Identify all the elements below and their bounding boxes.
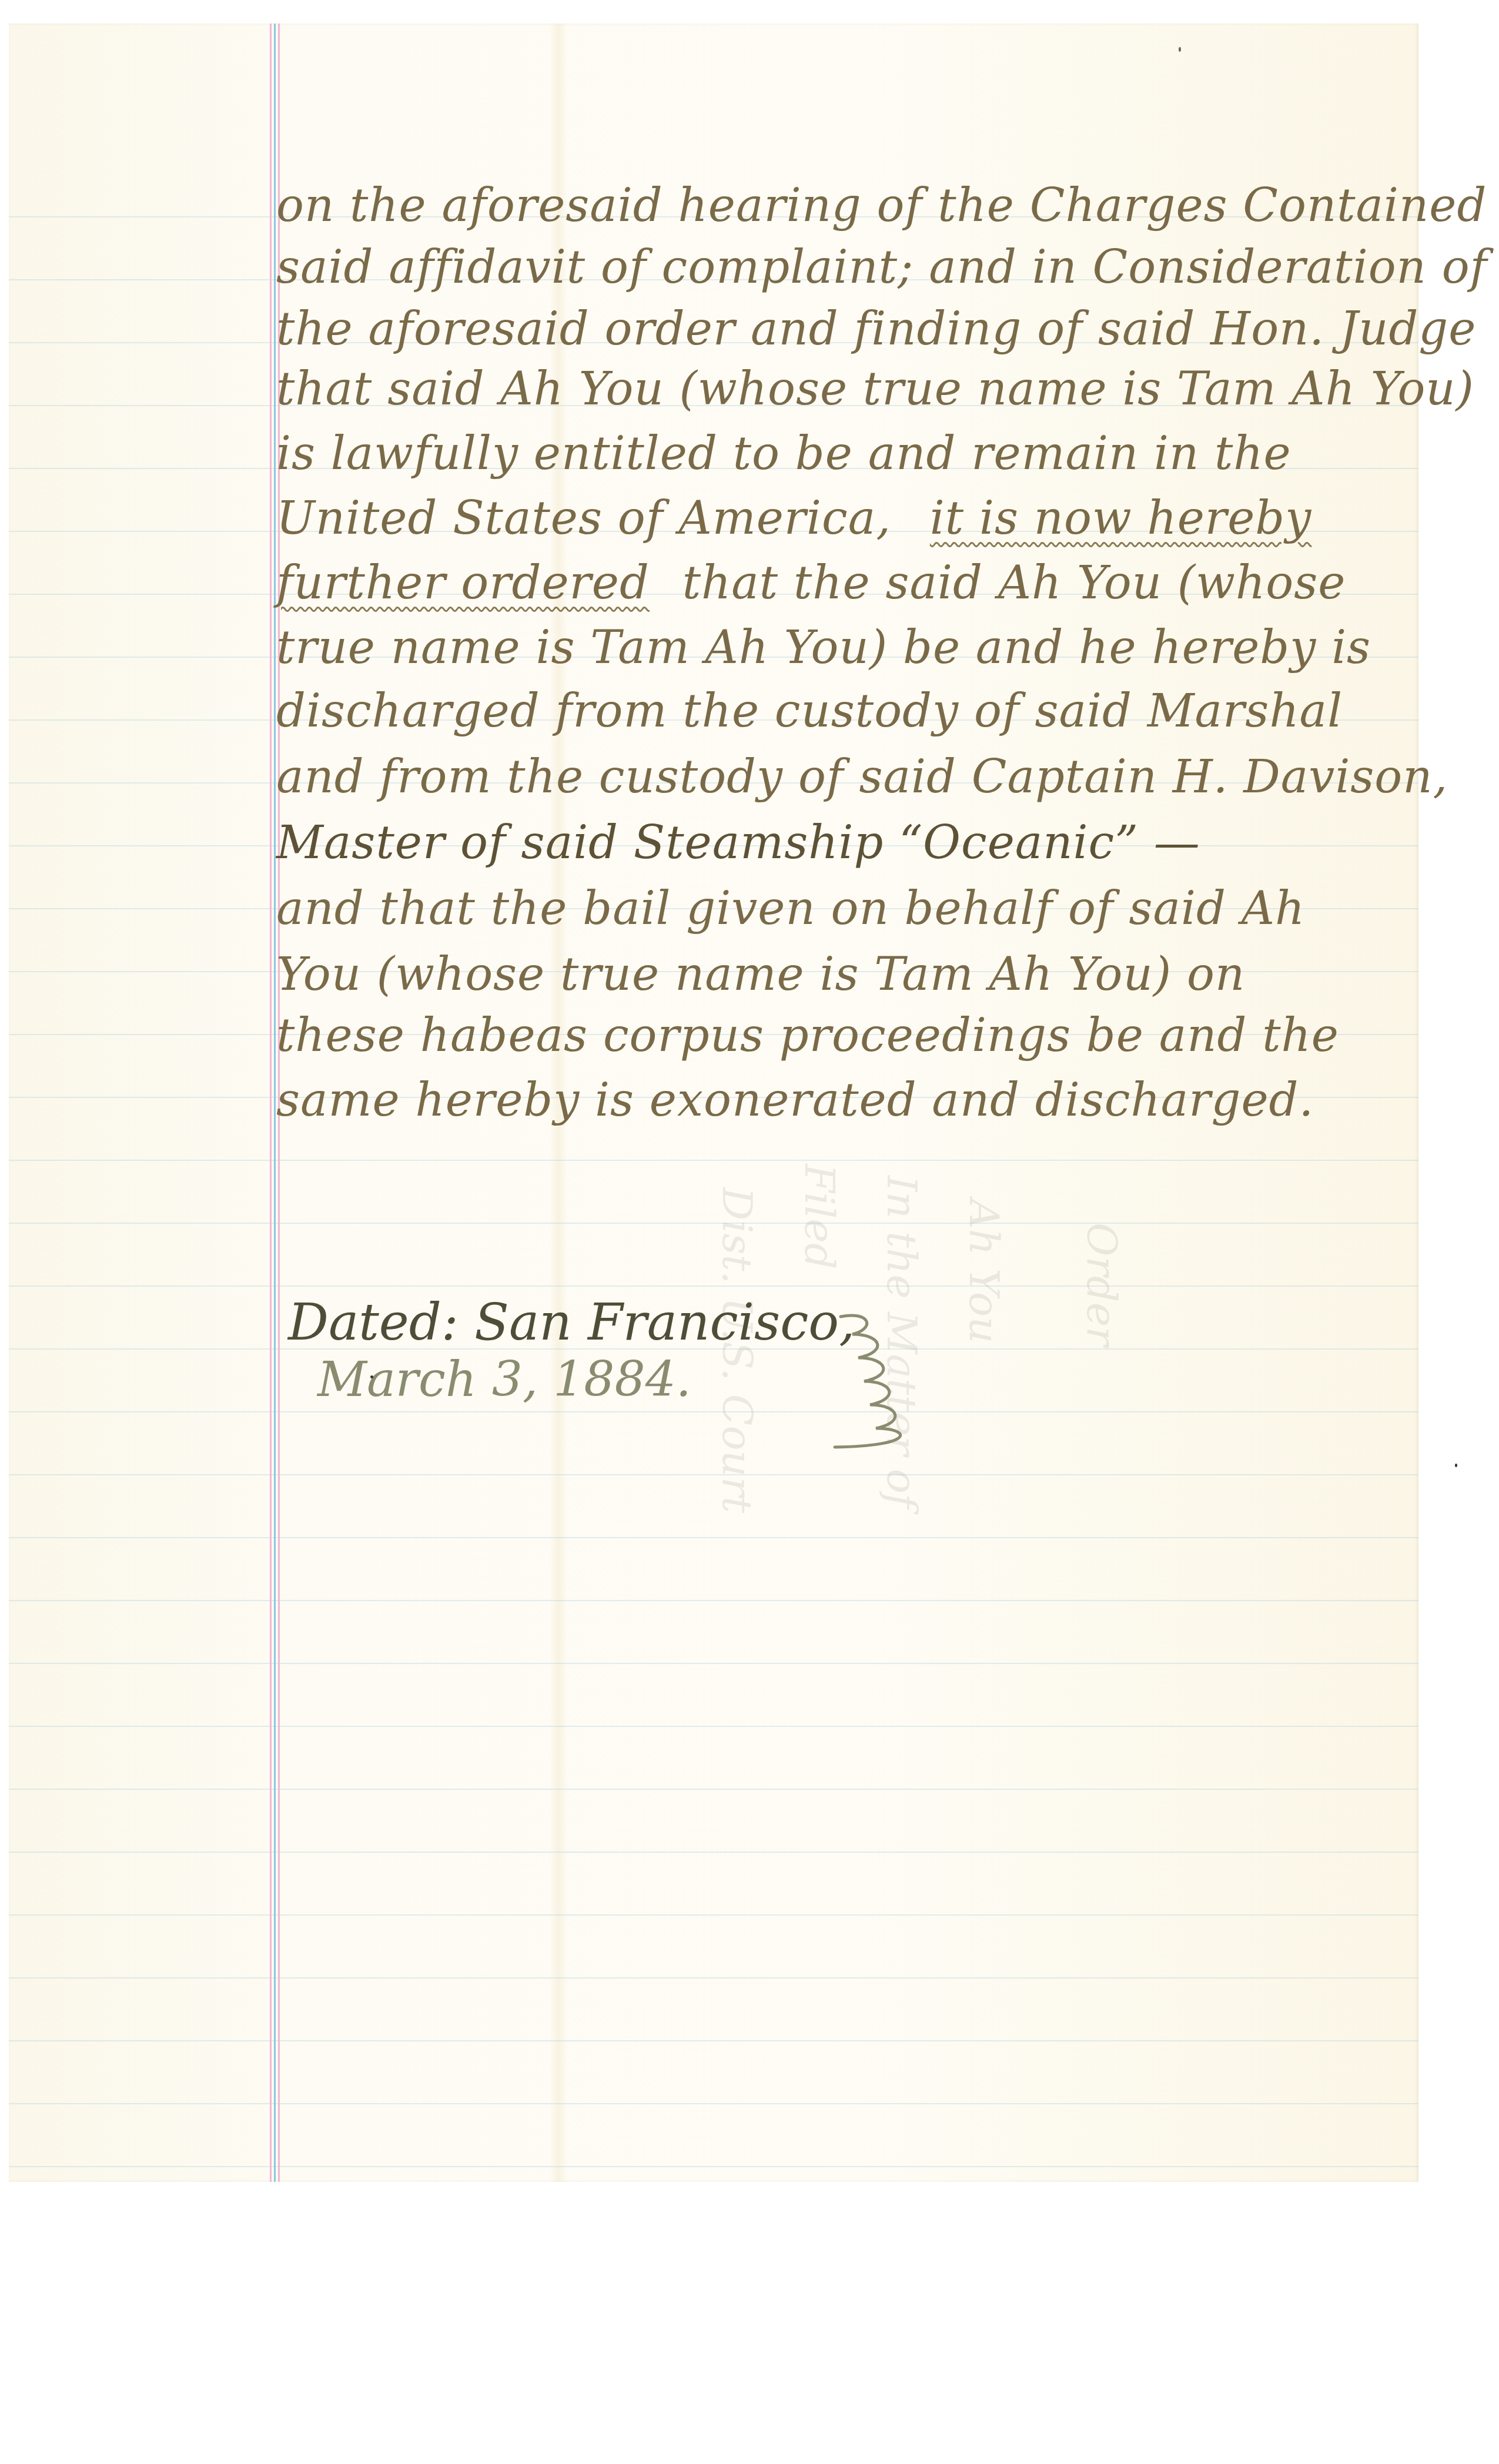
margin-line-blue	[274, 24, 276, 2182]
ruled-line	[9, 1537, 1418, 1538]
body-line-4: that said Ah You (whose true name is Tam…	[276, 360, 1474, 419]
ruled-line	[9, 2103, 1418, 2104]
bleed-through-text: Order	[1078, 1223, 1126, 1347]
ink-speck	[1455, 1464, 1457, 1467]
ruled-line	[9, 1914, 1418, 1916]
emphasized-phrase: it is now hereby	[930, 492, 1311, 545]
dateline-date: March 3, 1884.	[317, 1352, 691, 1408]
bleed-through-text: Ah You	[960, 1199, 1008, 1343]
body-line-15: same hereby is exonerated and discharged…	[276, 1071, 1314, 1130]
body-line-1: on the aforesaid hearing of the Charges …	[276, 176, 1499, 235]
body-line-12: and that the bail given on behalf of sai…	[276, 879, 1305, 938]
ink-speck	[1179, 47, 1181, 52]
body-line-2: said affidavit of complaint; and in Cons…	[276, 238, 1487, 297]
body-line-7-text: that the said Ah You (whose	[682, 557, 1346, 610]
emphasized-phrase: further ordered	[276, 557, 650, 610]
body-line-10: and from the custody of said Captain H. …	[276, 748, 1448, 806]
ruled-line	[9, 1600, 1418, 1601]
body-line-3: the aforesaid order and finding of said …	[276, 300, 1476, 359]
body-line-7: further ordered that the said Ah You (wh…	[276, 554, 1346, 612]
body-line-5: is lawfully entitled to be and remain in…	[276, 424, 1291, 483]
ruled-line	[9, 1977, 1418, 1978]
body-line-11: Master of said Steamship “Oceanic” —	[276, 813, 1200, 872]
body-line-14: these habeas corpus proceedings be and t…	[276, 1006, 1339, 1065]
dateline-place: Dated: San Francisco,	[288, 1293, 855, 1352]
ruled-line	[9, 2166, 1418, 2167]
flourish-icon	[823, 1311, 941, 1452]
body-line-13: You (whose true name is Tam Ah You) on	[276, 945, 1245, 1004]
ruled-line	[9, 1789, 1418, 1790]
body-line-6: United States of America, it is now here…	[276, 489, 1311, 548]
margin-line-pink	[270, 24, 272, 2182]
ruled-line	[9, 1726, 1418, 1727]
ruled-line	[9, 2040, 1418, 2041]
body-line-6-text: United States of America,	[276, 492, 891, 545]
ink-speck	[370, 1375, 373, 1378]
body-line-8: true name is Tam Ah You) be and he hereb…	[276, 618, 1371, 677]
ruled-line	[9, 1663, 1418, 1664]
ruled-line	[9, 1852, 1418, 1853]
ruled-line	[9, 1160, 1418, 1161]
body-line-11-text: Master of said Steamship “Oceanic” —	[276, 816, 1200, 869]
bleed-through-text: Filed	[795, 1164, 844, 1270]
body-line-9: discharged from the custody of said Mars…	[276, 682, 1343, 741]
